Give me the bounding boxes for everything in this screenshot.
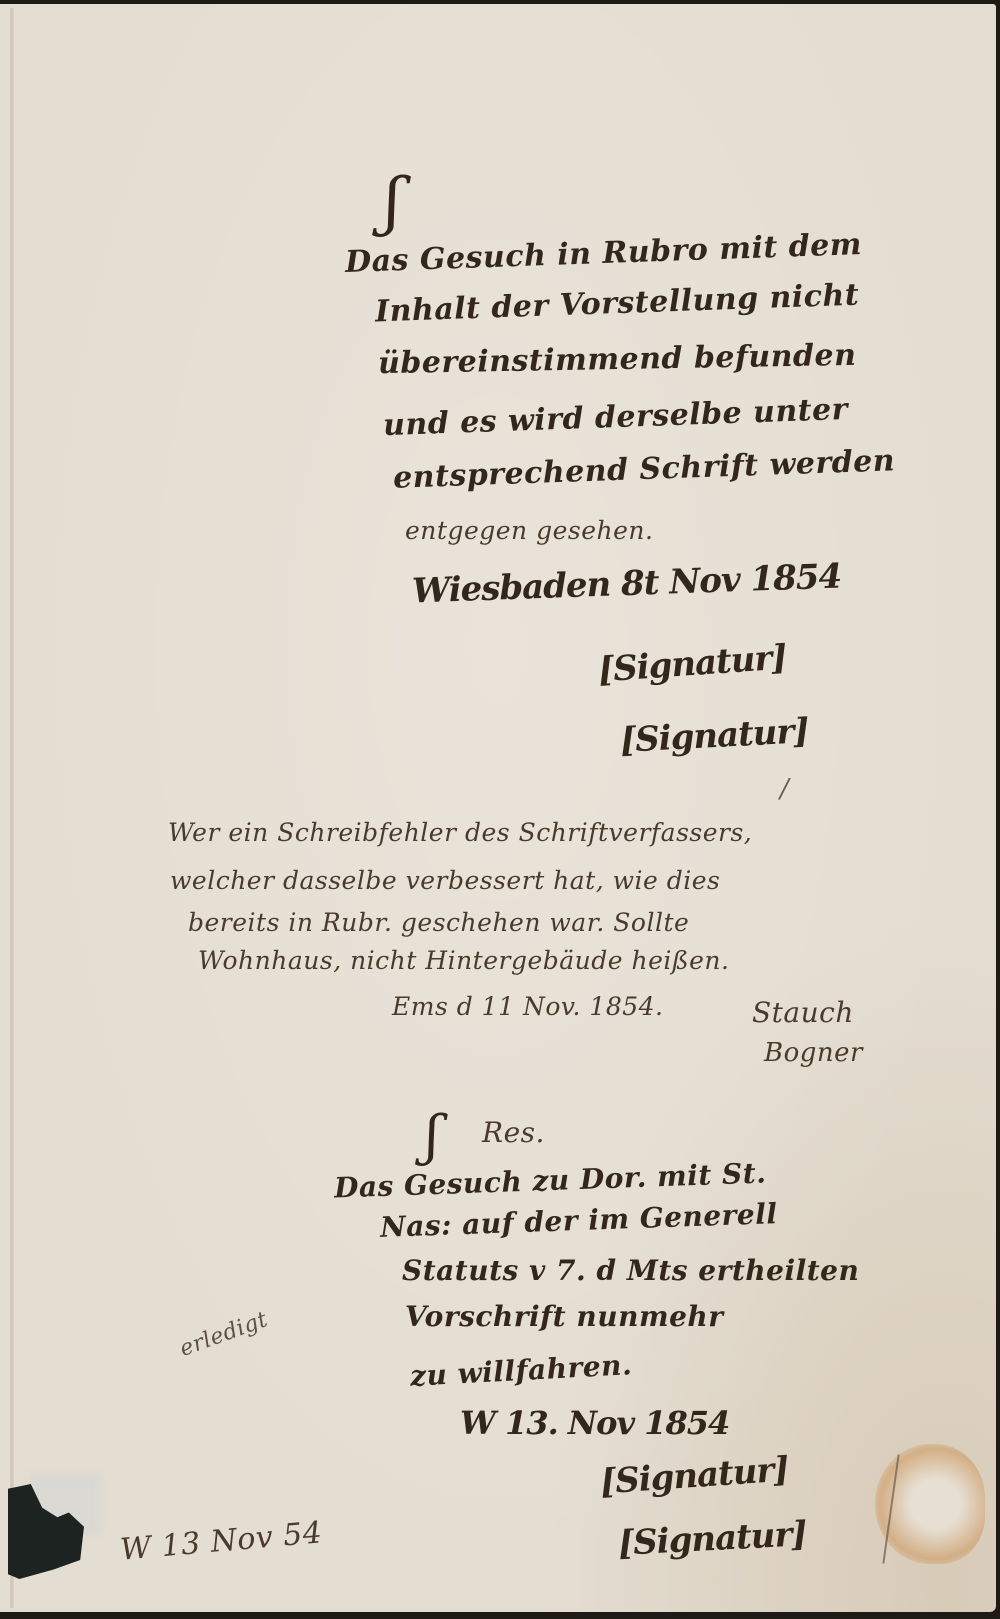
section-3-line-4: Vorschrift nunmehr	[405, 1300, 724, 1333]
document-page: ʃ Das Gesuch in Rubro mit dem Inhalt der…	[0, 4, 996, 1612]
section-1-date: Wiesbaden 8t Nov 1854	[411, 557, 841, 612]
section-3-signature-1: [Signatur]	[599, 1449, 790, 1502]
section-3-flourish: ʃ	[425, 1109, 440, 1163]
section-2-line-3: bereits in Rubr. geschehen war. Sollte	[188, 908, 689, 937]
section-1-signature-2: [Signatur]	[619, 711, 809, 761]
section-1-line-4: und es wird derselbe unter	[383, 392, 849, 443]
section-1-line-5: entsprechend Schrift werden	[393, 443, 896, 496]
section-3-heading: Res.	[482, 1116, 545, 1149]
binding-edge	[10, 8, 14, 1608]
section-2-line-1: Wer ein Schreibfehler des Schriftverfass…	[168, 818, 752, 847]
section-1-line-1: Das Gesuch in Rubro mit dem	[345, 227, 863, 280]
section-1-signature-1: [Signatur]	[597, 637, 788, 690]
section-2-signature-2: Bogner	[764, 1038, 863, 1068]
section-3-line-1: Das Gesuch zu Dor. mit St.	[334, 1156, 767, 1204]
section-3-line-3: Statuts v 7. d Mts ertheilten	[402, 1254, 859, 1287]
section-2-line-2: welcher dasselbe verbessert hat, wie die…	[170, 866, 720, 895]
section-1-line-3: übereinstimmend befunden	[378, 338, 857, 381]
section-2-line-4: Wohnhaus, nicht Hintergebäude heißen.	[198, 946, 729, 975]
section-3-line-2: Nas: auf der im Generell	[380, 1197, 778, 1244]
margin-note: erledigt	[176, 1307, 271, 1362]
section-3-date: W 13. Nov 1854	[460, 1404, 729, 1442]
section-3-line-5: zu willfahren.	[409, 1348, 633, 1393]
opening-flourish: ʃ	[384, 170, 401, 234]
section-1-line-6: entgegen gesehen.	[405, 516, 653, 545]
section-1-line-2: Inhalt der Vorstellung nicht	[375, 278, 860, 330]
section-3-signature-2: [Signatur]	[617, 1514, 807, 1564]
check-mark: /	[780, 774, 789, 804]
section-2-date: Ems d 11 Nov. 1854.	[392, 992, 664, 1021]
section-2-signature-1: Stauch	[752, 996, 854, 1029]
footer-date: W 13 Nov 54	[119, 1515, 324, 1568]
